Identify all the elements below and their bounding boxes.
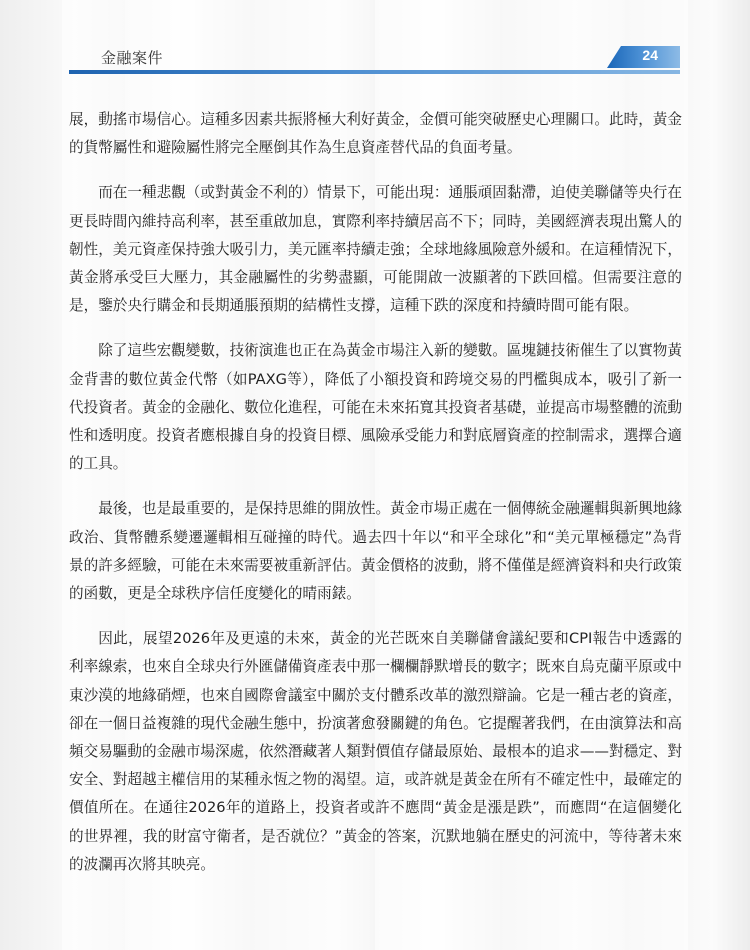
paragraph: 因此，展望2026年及更遠的未來，黃金的光芒既來自美聯儲會議紀要和CPI報告中透… xyxy=(69,625,682,879)
paragraph: 除了這些宏觀變數，技術演進也正在為黃金市場注入新的變數。區塊鏈技術催生了以實物黃… xyxy=(69,337,682,478)
page-number: 24 xyxy=(642,44,658,66)
paragraph: 而在一種悲觀（或對黃金不利的）情景下，可能出現：通脹頑固黏滯，迫使美聯儲等央行在… xyxy=(69,179,682,320)
article-body: 展，動搖市場信心。這種多因素共振將極大利好黃金，金價可能突破歷史心理關口。此時，… xyxy=(69,106,682,896)
paragraph: 最後，也是最重要的，是保持思維的開放性。黃金市場正處在一個傳統金融邏輯與新興地緣… xyxy=(69,495,682,608)
section-title: 金融案件 xyxy=(101,47,163,68)
page-header: 金融案件 24 xyxy=(69,44,680,74)
header-divider xyxy=(69,70,680,74)
paragraph: 展，動搖市場信心。這種多因素共振將極大利好黃金，金價可能突破歷史心理關口。此時，… xyxy=(69,106,682,162)
